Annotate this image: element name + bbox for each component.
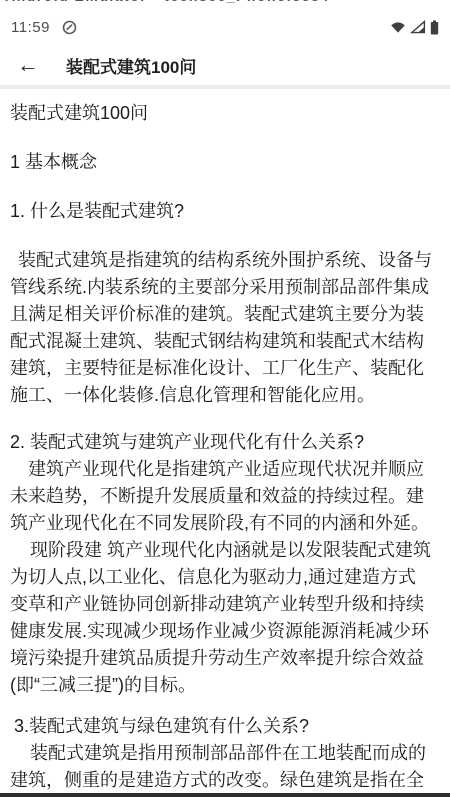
cellular-signal-icon bbox=[410, 20, 426, 34]
document-line: 筑产业现代化在不同发展阶段,有不同的内涵和外延。 bbox=[10, 510, 440, 537]
status-right-icons bbox=[390, 20, 439, 35]
emulator-screen: Android Emulator - techsec_Phone:5554 11… bbox=[0, 0, 450, 800]
app-bar: ← 装配式建筑100问 bbox=[0, 45, 450, 85]
document-line: 现阶段建 筑产业现代化内涵就是以发限装配式建筑 bbox=[10, 537, 440, 564]
document-line: 配式混凝土建筑、装配式钢结构建筑和装配式木结构 bbox=[10, 328, 440, 355]
document-line: 境污染提升建筑品质提升劳动生产效率提升综合效益 bbox=[10, 645, 440, 672]
document-line: 建筑产业现代化是指建筑产业适应现代状况并顺应 bbox=[10, 456, 440, 483]
document-line: 3.装配式建筑与绿色建筑有什么关系? bbox=[10, 713, 440, 740]
document-line: 建筑，侧重的是建造方式的改变。绿色建筑是指在全 bbox=[10, 767, 440, 794]
document-line: 管线系统.内装系统的主要部分采用预制部品部件集成 bbox=[10, 274, 440, 301]
document-line: 建筑，主要特征是标准化设计、工厂化生产、装配化 bbox=[10, 355, 440, 382]
document-line: 装配式建筑100问 bbox=[10, 100, 440, 127]
emulator-window-title: Android Emulator - techsec_Phone:5554 bbox=[5, 0, 330, 4]
document-line: 1 基本概念 bbox=[10, 149, 440, 176]
back-arrow-icon[interactable]: ← bbox=[17, 54, 39, 76]
bottom-bar-strip bbox=[0, 793, 450, 797]
document-line: 装配式建筑是指用预制部品部件在工地装配而成的 bbox=[10, 740, 440, 767]
status-time: 11:59 bbox=[11, 19, 50, 36]
battery-icon bbox=[430, 20, 439, 35]
document-line: 2. 装配式建筑与建筑产业现代化有什么关系? bbox=[10, 429, 440, 456]
document-line: 施工、一体化装修.信息化管理和智能化应用。 bbox=[10, 382, 440, 409]
document-line: 未来趋势，不断提升发展质量和效益的持续过程。建 bbox=[10, 483, 440, 510]
document-line: 变草和产业链协同创新排动建筑产业转型升级和持续 bbox=[10, 591, 440, 618]
document-line: 健康发展.实现减少现场作业减少资源能源消耗减少环 bbox=[10, 618, 440, 645]
document-line: 1. 什么是装配式建筑? bbox=[10, 198, 440, 225]
emulator-titlebar: Android Emulator - techsec_Phone:5554 bbox=[0, 0, 450, 9]
document-line: 为切人点,以工业化、信息化为驱动力,通过建造方式 bbox=[10, 564, 440, 591]
notification-icon bbox=[62, 20, 77, 35]
wifi-icon bbox=[390, 20, 406, 34]
document-line: (即“三减三提”)的目标。 bbox=[10, 672, 440, 699]
app-bar-title: 装配式建筑100问 bbox=[66, 53, 196, 78]
bottom-bar bbox=[0, 793, 450, 800]
document-body[interactable]: 装配式建筑100问1 基本概念1. 什么是装配式建筑?装配式建筑是指建筑的结构系… bbox=[0, 89, 450, 794]
document-line: 装配式建筑是指建筑的结构系统外围护系统、设备与 bbox=[10, 247, 440, 274]
document-line: 且满足相关评价标准的建筑。装配式建筑主要分为装 bbox=[10, 301, 440, 328]
status-bar: 11:59 bbox=[0, 9, 450, 45]
